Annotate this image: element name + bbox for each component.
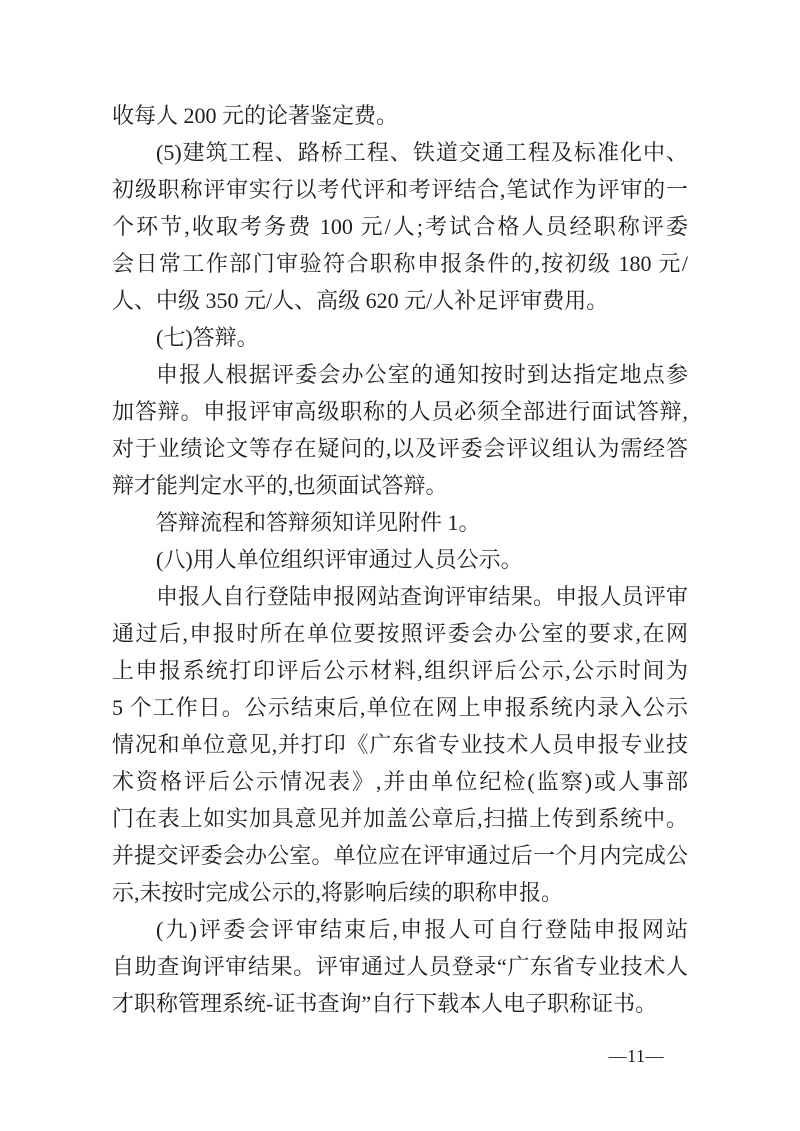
document-page: 收每人 200 元的论著鉴定费。 (5)建筑工程、路桥工程、铁道交通工程及标准化… bbox=[0, 0, 800, 1131]
text-line: (九)评委会评审结束后,申报人可自行登陆申报网站 bbox=[112, 911, 688, 948]
text-line: 初级职称评审实行以考代评和考评结合,笔试作为评审的一 bbox=[112, 171, 688, 208]
text-line: 申报人根据评委会办公室的通知按时到达指定地点参 bbox=[112, 356, 688, 393]
page-number: —11— bbox=[609, 1045, 664, 1067]
text-line: 示,未按时完成公示的,将影响后续的职称申报。 bbox=[112, 874, 688, 911]
text-line: 收每人 200 元的论著鉴定费。 bbox=[112, 97, 688, 134]
document-body: 收每人 200 元的论著鉴定费。 (5)建筑工程、路桥工程、铁道交通工程及标准化… bbox=[112, 97, 688, 1022]
text-line: 个环节,收取考务费 100 元/人;考试合格人员经职称评委 bbox=[112, 208, 688, 245]
text-line: 对于业绩论文等存在疑问的,以及评委会评议组认为需经答 bbox=[112, 430, 688, 467]
text-line: 5 个工作日。公示结束后,单位在网上申报系统内录入公示 bbox=[112, 689, 688, 726]
text-line: (七)答辩。 bbox=[112, 319, 688, 356]
text-line: 术资格评后公示情况表》,并由单位纪检(监察)或人事部 bbox=[112, 763, 688, 800]
text-line: 辩才能判定水平的,也须面试答辩。 bbox=[112, 467, 688, 504]
text-line: 情况和单位意见,并打印《广东省专业技术人员申报专业技 bbox=[112, 726, 688, 763]
text-line: (八)用人单位组织评审通过人员公示。 bbox=[112, 541, 688, 578]
text-line: 会日常工作部门审验符合职称申报条件的,按初级 180 元/ bbox=[112, 245, 688, 282]
text-line: (5)建筑工程、路桥工程、铁道交通工程及标准化中、 bbox=[112, 134, 688, 171]
text-line: 申报人自行登陆申报网站查询评审结果。申报人员评审 bbox=[112, 578, 688, 615]
text-line: 自助查询评审结果。评审通过人员登录“广东省专业技术人 bbox=[112, 948, 688, 985]
text-line: 才职称管理系统-证书查询”自行下载本人电子职称证书。 bbox=[112, 985, 688, 1022]
text-line: 并提交评委会办公室。单位应在评审通过后一个月内完成公 bbox=[112, 837, 688, 874]
text-line: 人、中级 350 元/人、高级 620 元/人补足评审费用。 bbox=[112, 282, 688, 319]
text-line: 答辩流程和答辩须知详见附件 1。 bbox=[112, 504, 688, 541]
text-line: 加答辩。申报评审高级职称的人员必须全部进行面试答辩, bbox=[112, 393, 688, 430]
text-line: 门在表上如实加具意见并加盖公章后,扫描上传到系统中。 bbox=[112, 800, 688, 837]
text-line: 上申报系统打印评后公示材料,组织评后公示,公示时间为 bbox=[112, 652, 688, 689]
text-line: 通过后,申报时所在单位要按照评委会办公室的要求,在网 bbox=[112, 615, 688, 652]
